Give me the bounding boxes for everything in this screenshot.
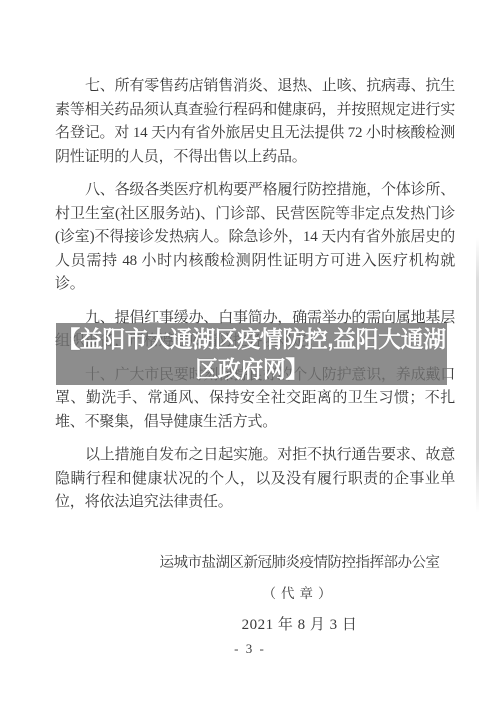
- paragraph-closing: 以上措施自发布之日起实施。对拒不执行通告要求、故意隐瞒行程和健康状况的个人，以及…: [55, 444, 455, 515]
- watermark-caption-text: 【益阳市大通湖区疫情防控,益阳大通湖区政府网】: [56, 324, 447, 384]
- document-page: 七、所有零售药店销售消炎、退热、止咳、抗病毒、抗生素等相关药品须认真查验行程码和…: [0, 0, 500, 707]
- signature-date: 2021 年 8 月 3 日: [157, 613, 442, 634]
- paragraph-item-7: 七、所有零售药店销售消炎、退热、止咳、抗病毒、抗生素等相关药品须认真查验行程码和…: [55, 75, 455, 169]
- paragraph-item-8: 八、各级各类医疗机构要严格履行防控措施，个体诊所、村卫生室(社区服务站)、门诊部…: [55, 179, 455, 297]
- page-number: - 3 -: [0, 641, 500, 657]
- scan-edge-artifact: [476, 238, 479, 513]
- signature-office-name: 运城市盐湖区新冠肺炎疫情防控指挥部办公室: [157, 551, 442, 572]
- signature-block: 运城市盐湖区新冠肺炎疫情防控指挥部办公室 （代章） 2021 年 8 月 3 日: [157, 551, 442, 634]
- document-body: 七、所有零售药店销售消炎、退热、止咳、抗病毒、抗生素等相关药品须认真查验行程码和…: [55, 75, 455, 525]
- watermark-caption-band: 【益阳市大通湖区疫情防控,益阳大通湖区政府网】: [56, 323, 447, 385]
- signature-seal-note: （代章）: [157, 582, 442, 602]
